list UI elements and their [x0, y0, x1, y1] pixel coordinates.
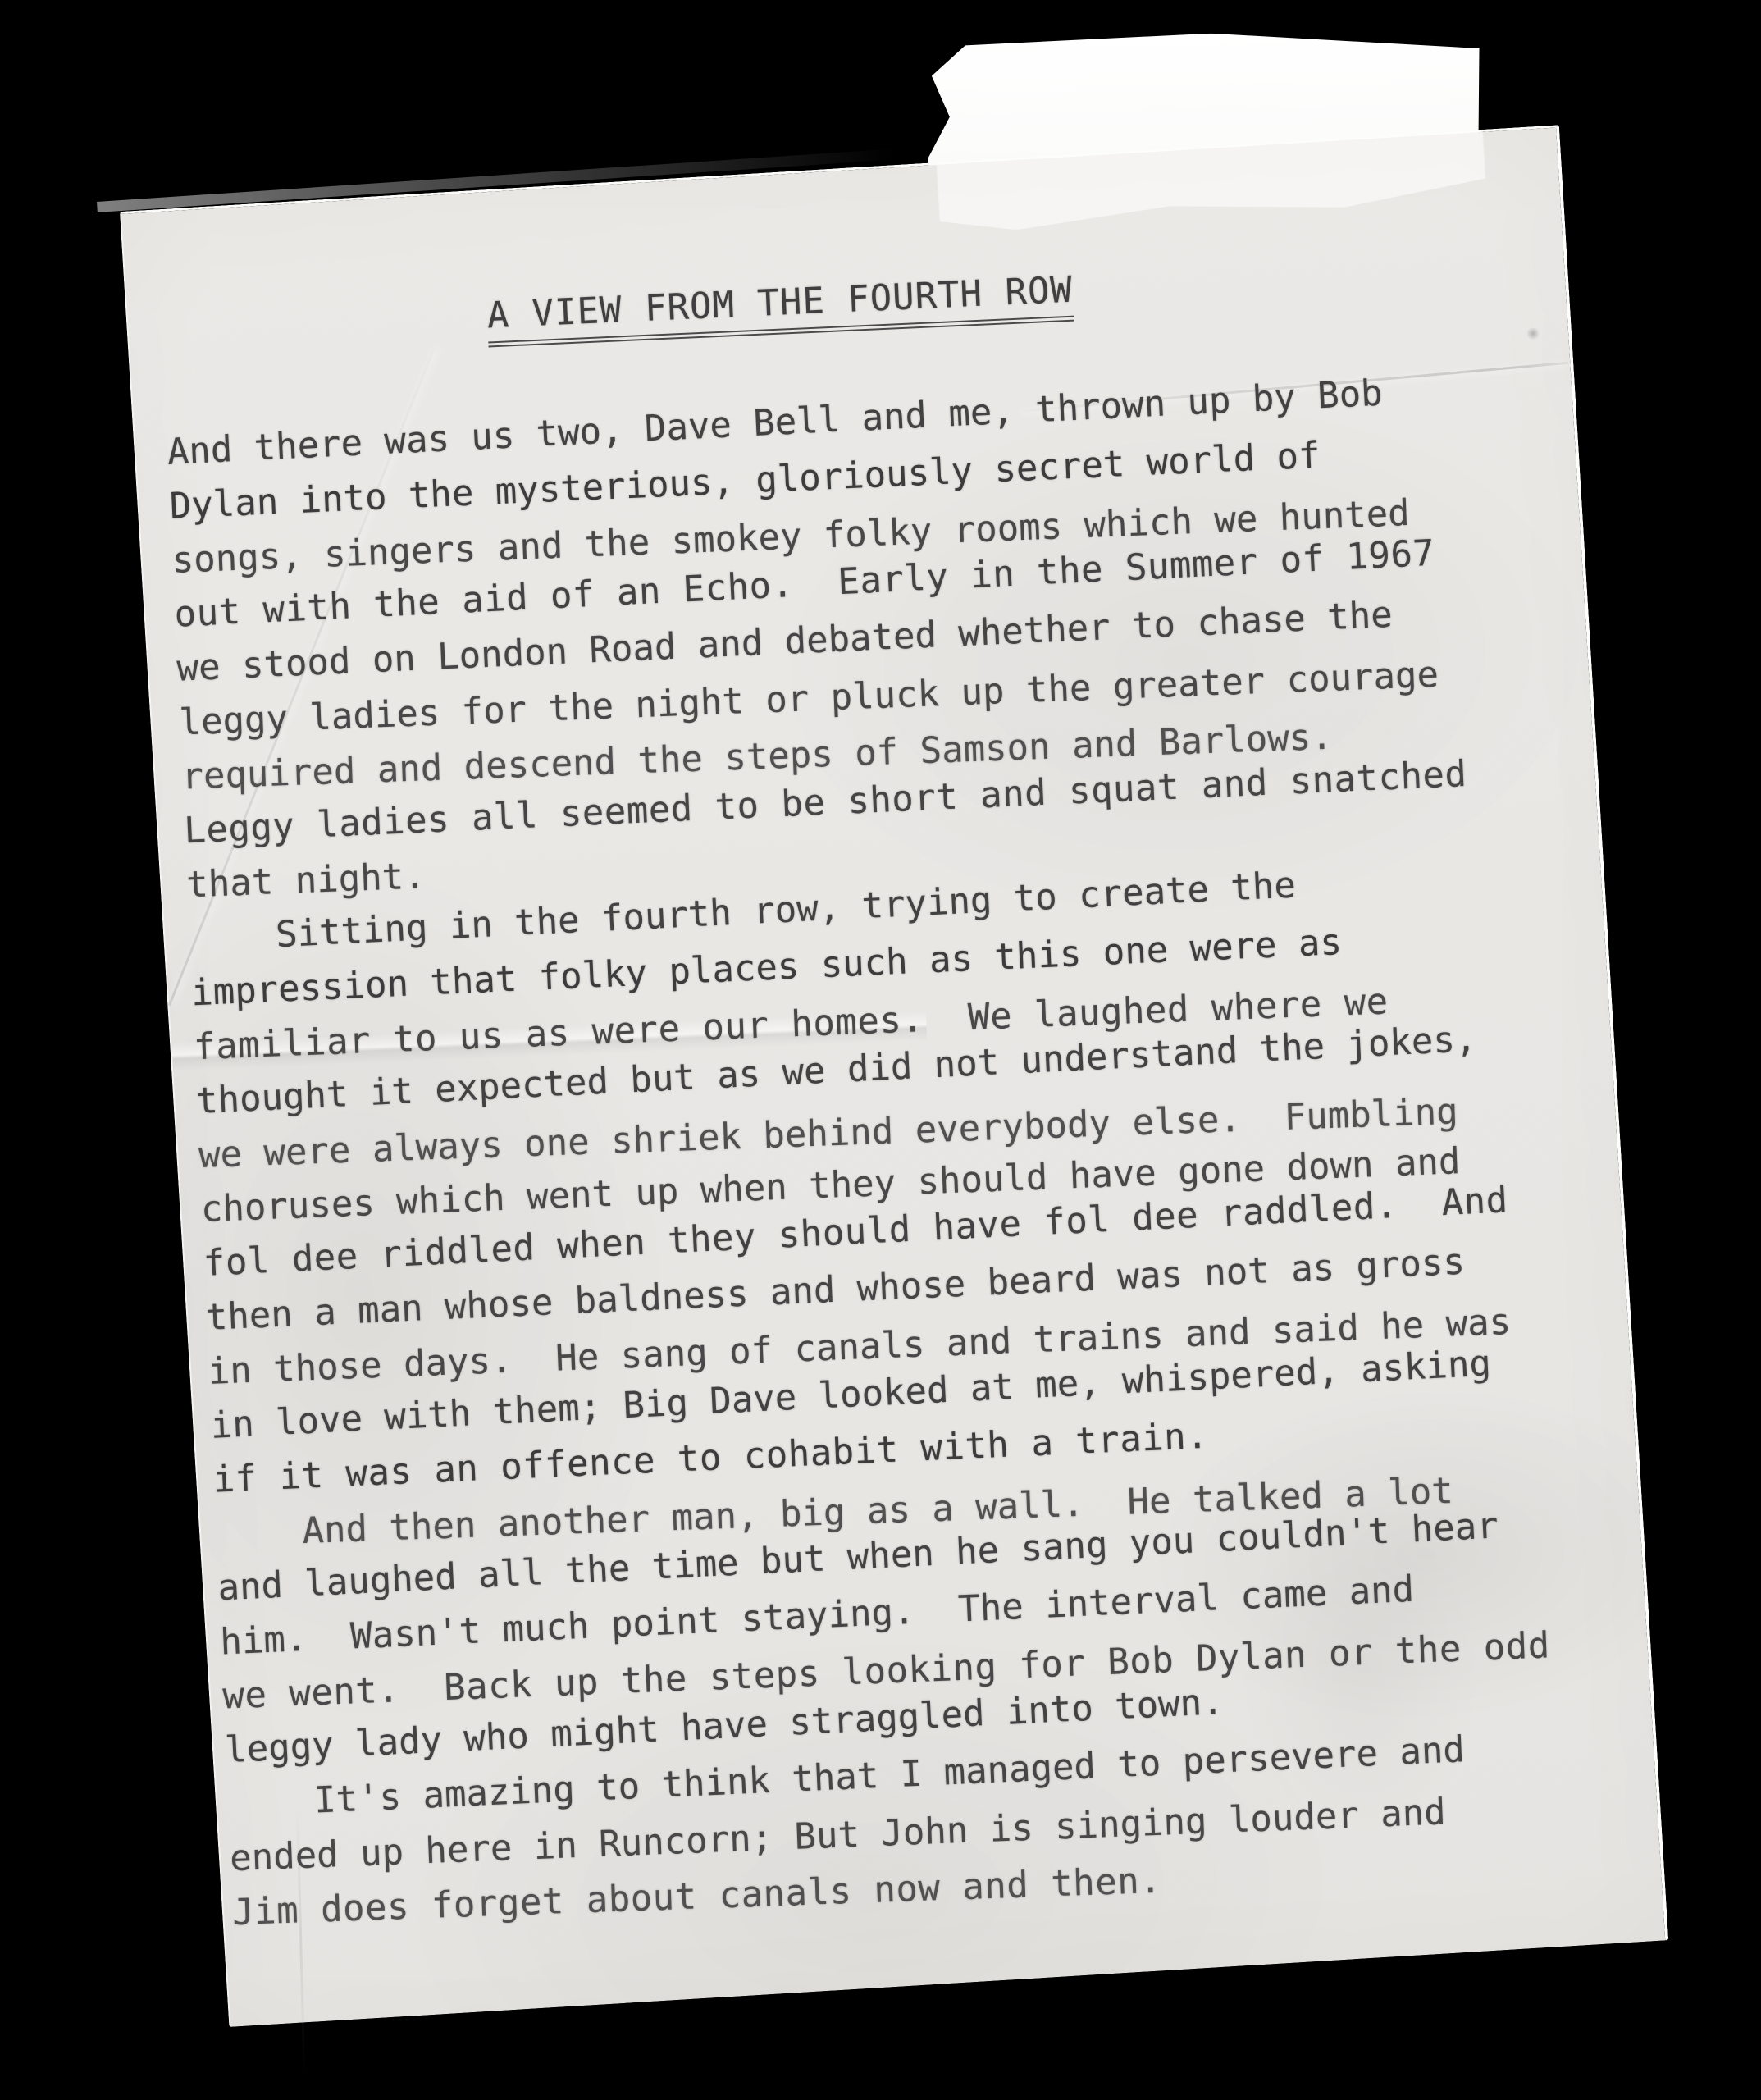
typewritten-page: A VIEW FROM THE FOURTH ROW And there was… — [120, 125, 1668, 2027]
scan-background: A VIEW FROM THE FOURTH ROW And there was… — [0, 0, 1761, 2100]
typed-text-block: A VIEW FROM THE FOURTH ROW And there was… — [158, 189, 1615, 2049]
typed-lines: And there was us two, Dave Bell and me, … — [166, 364, 1610, 1940]
page-title: A VIEW FROM THE FOURTH ROW — [486, 269, 1074, 348]
